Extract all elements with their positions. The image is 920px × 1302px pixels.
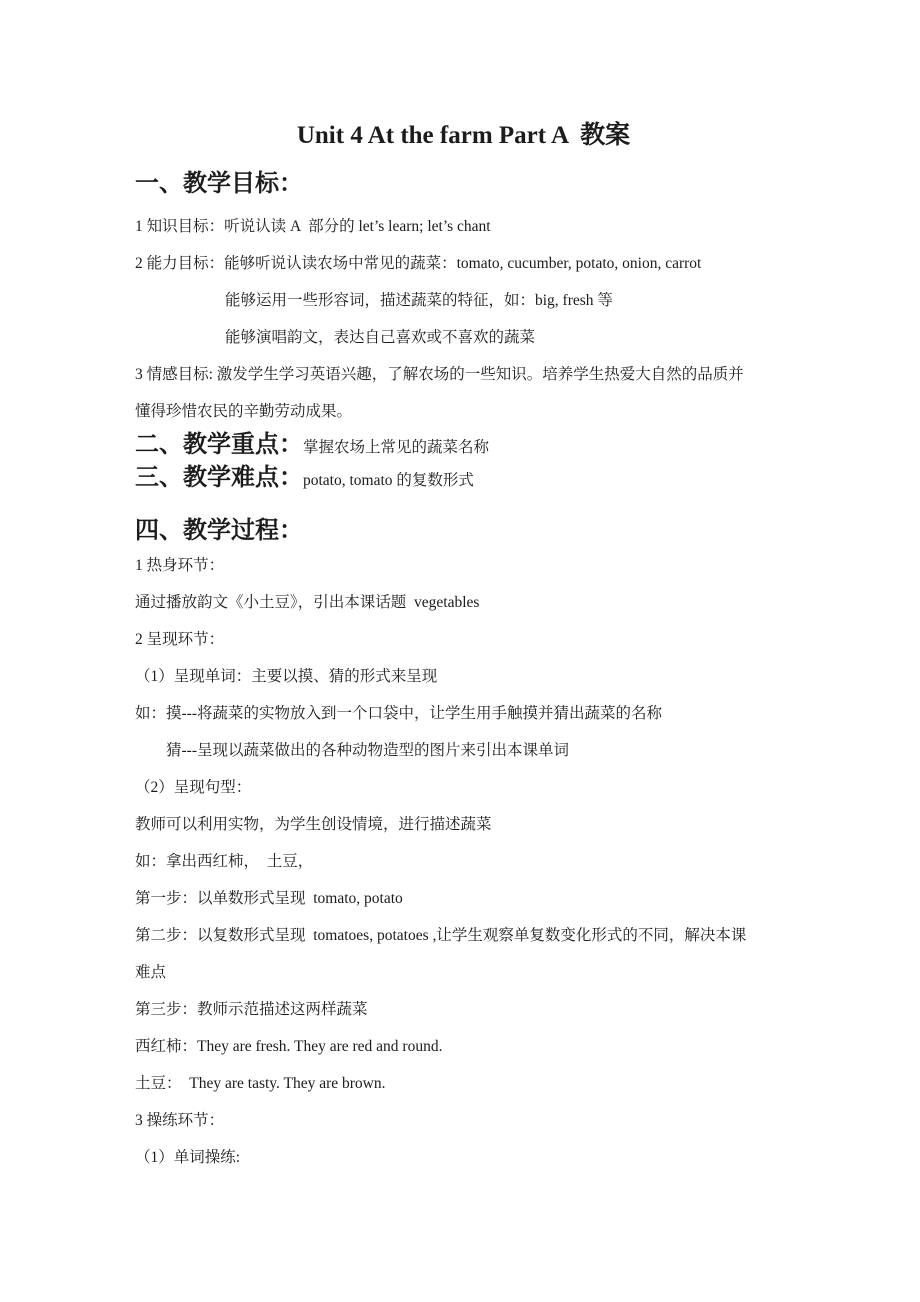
presentation-step-line: 2 呈现环节： (135, 621, 792, 658)
objective-emotion-line: 3 情感目标: 激发学生学习英语兴趣，了解农场的一些知识。培养学生热爱大自然的品… (135, 356, 792, 393)
objective-ability-line: 2 能力目标：能够听说认读农场中常见的蔬菜：tomato, cucumber, … (135, 245, 792, 282)
step3-demo-line: 第三步：教师示范描述这两样蔬菜 (135, 991, 792, 1028)
teaching-process-block: 1 热身环节： 通过播放韵文《小土豆》，引出本课话题 vegetables 2 … (135, 547, 792, 1176)
step2-plural-line: 第二步：以复数形式呈现 tomatoes, potatoes ,让学生观察单复数… (135, 917, 792, 954)
section-heading-key-points: 二、教学重点：掌握农场上常见的蔬菜名称 (135, 430, 792, 463)
present-sentence-line: （2）呈现句型： (135, 769, 792, 806)
warmup-chant-line: 通过播放韵文《小土豆》，引出本课话题 vegetables (135, 584, 792, 621)
potato-description-line: 土豆： They are tasty. They are brown. (135, 1065, 792, 1102)
ability-chant-line: 能够演唱韵文，表达自己喜欢或不喜欢的蔬菜 (135, 319, 792, 356)
warmup-step-line: 1 热身环节： (135, 547, 792, 584)
present-words-line: （1）呈现单词：主要以摸、猜的形式来呈现 (135, 658, 792, 695)
practice-step-line: 3 操练环节： (135, 1102, 792, 1139)
tomato-description-line: 西红柿：They are fresh. They are red and rou… (135, 1028, 792, 1065)
word-practice-line: （1）单词操练: (135, 1139, 792, 1176)
section-heading-difficult-points: 三、教学难点：potato, tomato 的复数形式 (135, 463, 792, 496)
section-heading-teaching-process: 四、教学过程： (135, 516, 792, 546)
emotion-continued-line: 懂得珍惜农民的辛勤劳动成果。 (135, 393, 792, 430)
teacher-demo-line: 教师可以利用实物，为学生创设情境，进行描述蔬菜 (135, 806, 792, 843)
ability-adjectives-line: 能够运用一些形容词，描述蔬菜的特征，如：big, fresh 等 (135, 282, 792, 319)
touch-method-line: 如：摸---将蔬菜的实物放入到一个口袋中，让学生用手触摸并猜出蔬菜的名称 (135, 695, 792, 732)
difficult-points-text: potato, tomato 的复数形式 (303, 472, 474, 489)
example-vegetables-line: 如：拿出西红柿， 土豆， (135, 843, 792, 880)
document-page: Unit 4 At the farm Part A 教案 一、教学目标： 1 知… (0, 0, 920, 1302)
document-title: Unit 4 At the farm Part A 教案 (135, 121, 792, 151)
step1-singular-line: 第一步：以单数形式呈现 tomato, potato (135, 880, 792, 917)
objectives-block: 1 知识目标：听说认读 A 部分的 let’s learn; let’s cha… (135, 208, 792, 430)
objective-knowledge-line: 1 知识目标：听说认读 A 部分的 let’s learn; let’s cha… (135, 208, 792, 245)
difficult-points-label: 三、教学难点： (135, 465, 303, 491)
section-heading-objectives: 一、教学目标： (135, 169, 792, 199)
key-points-label: 二、教学重点： (135, 432, 303, 458)
key-points-text: 掌握农场上常见的蔬菜名称 (303, 439, 489, 456)
guess-method-line: 猜---呈现以蔬菜做出的各种动物造型的图片来引出本课单词 (135, 732, 792, 769)
step2-continued-line: 难点 (135, 954, 792, 991)
